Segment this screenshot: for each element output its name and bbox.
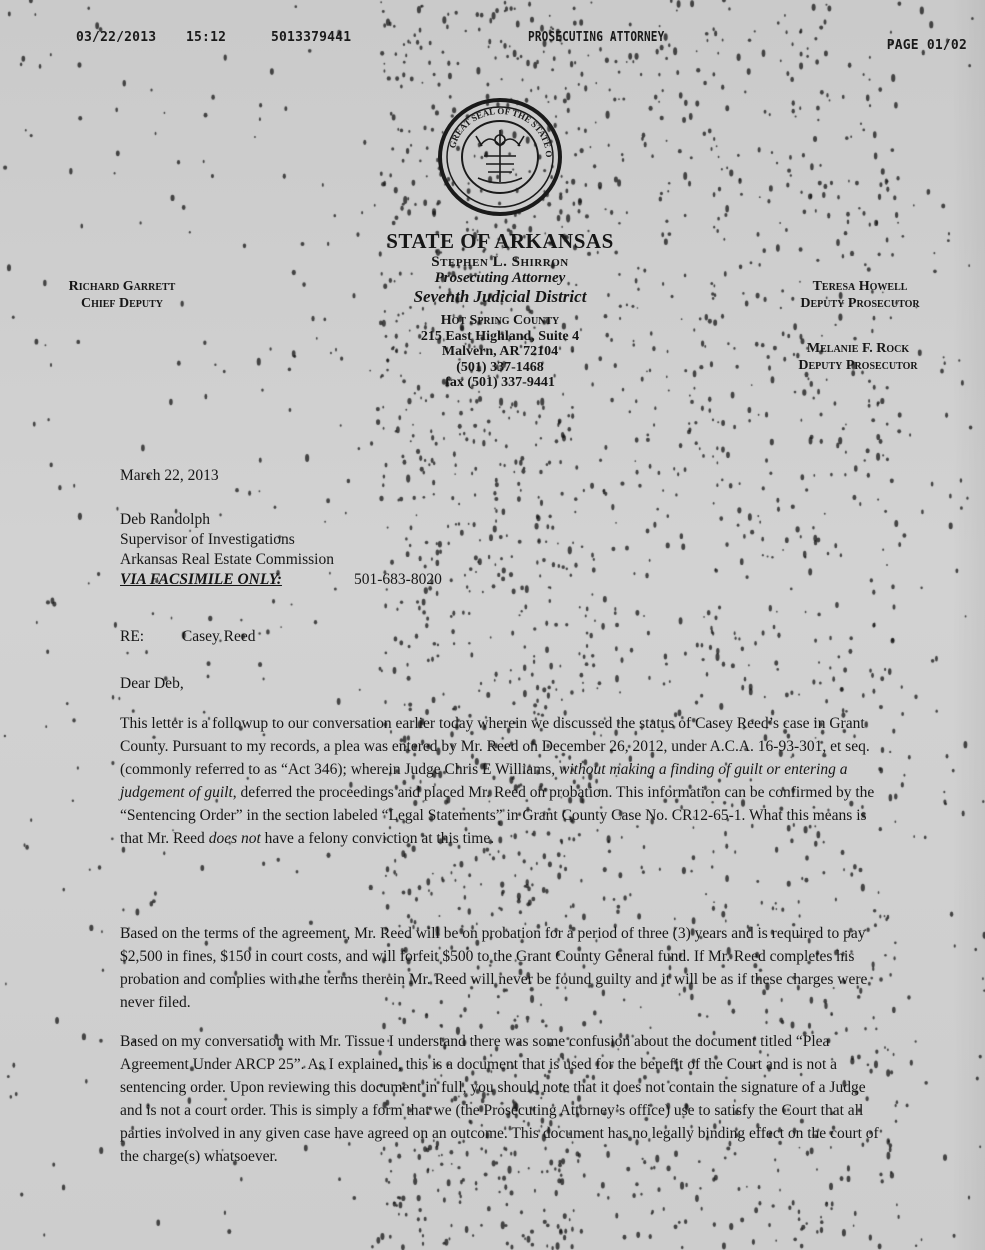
state-seal-icon: GREAT SEAL OF THE STATE OF ARKANSAS [436, 96, 564, 218]
re-subject: Casey Reed [182, 628, 256, 645]
recipient-block: Deb Randolph Supervisor of Investigation… [120, 510, 880, 590]
fax-sender: PROSECUTING ATTORNEY [528, 30, 664, 45]
fax-date: 03/22/2013 [76, 30, 156, 45]
recipient-name: Deb Randolph [120, 510, 880, 530]
paragraph-1-text-c: have a felony conviction at this time. [261, 830, 494, 847]
letterhead-address: Hot Spring County 215 East Highland, Sui… [360, 313, 640, 391]
delivery-label: VIA FACSIMILE ONLY: [120, 570, 354, 590]
staff-title: Deputy Prosecutor [778, 357, 938, 374]
fax-transmission-header: 03/22/2013 15:12 5013379441 PROSECUTING … [76, 30, 967, 54]
paragraph-2: Based on the terms of the agreement, Mr.… [120, 922, 880, 1014]
address-line-1: 215 East Highland, Suite 4 [360, 329, 640, 345]
staff-deputy-prosecutor-1: Teresa Howell Deputy Prosecutor [780, 278, 940, 312]
staff-name: Teresa Howell [780, 278, 940, 295]
letterhead-district: Seventh Judicial District [360, 287, 640, 307]
fax-number-letterhead: fax (501) 337-9441 [360, 375, 640, 391]
paragraph-3: Based on my conversation with Mr. Tissue… [120, 1030, 880, 1168]
letterhead-county: Hot Spring County [360, 313, 640, 329]
staff-name: Richard Garrett [52, 278, 192, 295]
salutation: Dear Deb, [120, 672, 880, 695]
fax-page-count: PAGE 01/02 [887, 38, 967, 53]
fax-page: 03/22/2013 15:12 5013379441 PROSECUTING … [0, 0, 985, 1250]
letterhead-attorney-name: Stephen L. Shirron [360, 254, 640, 270]
recipient-organization: Arkansas Real Estate Commission [120, 550, 880, 570]
letterhead-attorney-title: Prosecuting Attorney [360, 270, 640, 287]
staff-name: Melanie F. Rock [778, 340, 938, 357]
letterhead: STATE OF ARKANSAS Stephen L. Shirron Pro… [360, 228, 640, 391]
letterhead-state: STATE OF ARKANSAS [360, 228, 640, 254]
paragraph-1-italic-b: does not [209, 830, 261, 847]
recipient-title: Supervisor of Investigations [120, 530, 880, 550]
fax-number: 5013379441 [271, 30, 351, 45]
fax-time: 15:12 [186, 30, 226, 45]
page-edge-shadow [953, 0, 985, 1250]
delivery-number: 501-683-8020 [354, 570, 442, 590]
letter-date: March 22, 2013 [120, 464, 880, 487]
paragraph-1: This letter is a followup to our convers… [120, 712, 885, 850]
staff-chief-deputy: Richard Garrett Chief Deputy [52, 278, 192, 312]
phone-number: (501) 337-1468 [360, 360, 640, 376]
delivery-line: VIA FACSIMILE ONLY: 501-683-8020 [120, 570, 880, 590]
staff-deputy-prosecutor-2: Melanie F. Rock Deputy Prosecutor [778, 340, 938, 374]
address-line-2: Malvern, AR 72104 [360, 344, 640, 360]
subject-line: RE: Casey Reed [120, 625, 880, 648]
staff-title: Chief Deputy [52, 295, 192, 312]
re-label: RE: [120, 625, 178, 648]
staff-title: Deputy Prosecutor [780, 295, 940, 312]
